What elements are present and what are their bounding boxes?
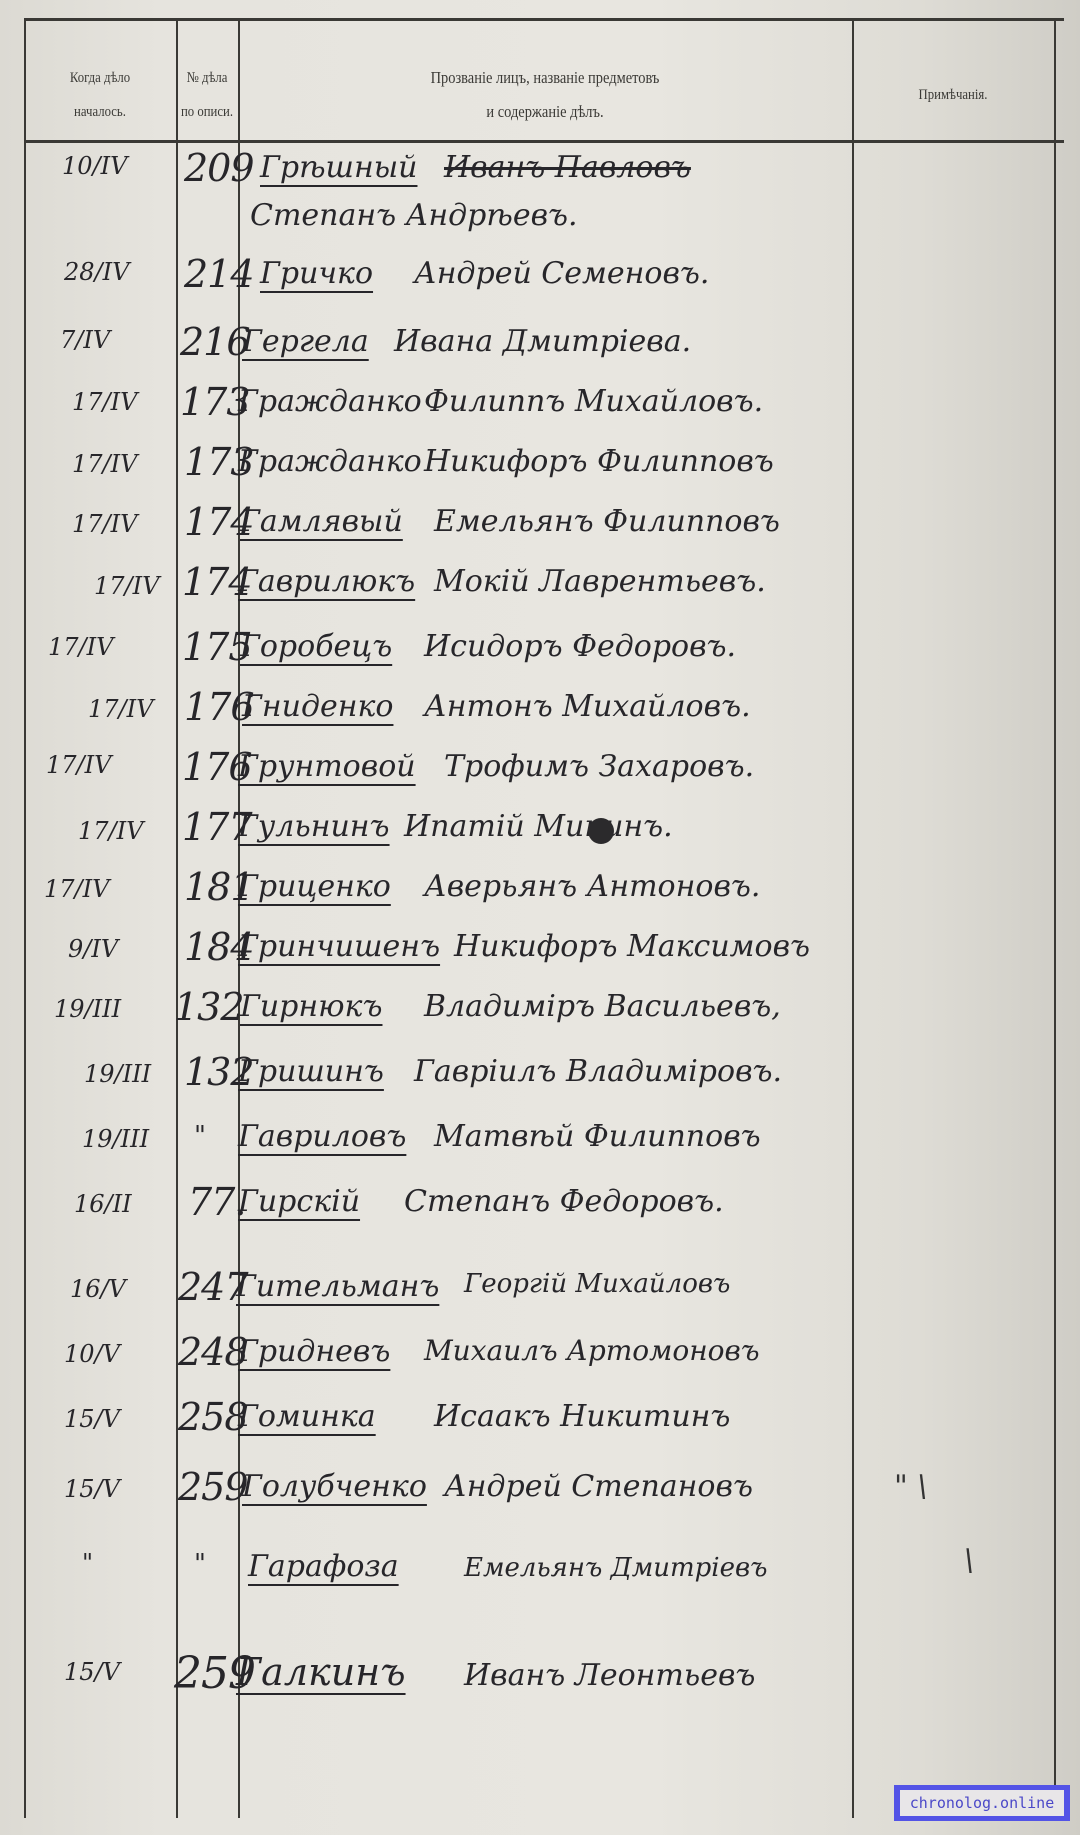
header-notes: Примѣчанія. (867, 40, 1039, 150)
table-row: 17/IV 176 Гниденко Антонъ Михайловъ. (24, 683, 1064, 743)
table-row: 15/V 259 Голубченко Андрей Степановъ " \ (24, 1463, 1064, 1523)
table-row: 19/III 132 Гришинъ Гавріилъ Владиміровъ. (24, 1048, 1064, 1108)
table-row: 7/IV 216 Гергела Ивана Дмитріева. (24, 318, 1064, 378)
table-row: 15/V 259 Галкинъ Иванъ Леонтьевъ (24, 1638, 1064, 1698)
table-row: 19/III 132 Гирнюкъ Владиміръ Васильевъ, (24, 983, 1064, 1043)
table-row: 17/IV 175 Горобецъ Исидоръ Федоровъ. (24, 623, 1064, 683)
table-row: 17/IV 181 Гриценко Аверьянъ Антоновъ. (24, 863, 1064, 923)
header-names: Прозваніе лицъ, названіе предметовъ и со… (284, 40, 806, 150)
watermark-text: chronolog.online (900, 1790, 1065, 1816)
table-row: 17/IV 173 Гражданко Никифоръ Филипповъ (24, 438, 1064, 498)
header-number: № дѣла по описи. (181, 40, 234, 150)
table-row: 17/IV 174 Гаврилюкъ Мокій Лаврентьевъ. (24, 558, 1064, 618)
table-row: 17/IV 174 Гамлявый Емельянъ Филипповъ (24, 498, 1064, 558)
header-date: Когда дѣло началось. (35, 40, 164, 150)
table-row: 10/V 248 Гридневъ Михаилъ Артомоновъ (24, 1328, 1064, 1388)
table-row: 16/V 247 Гительманъ Георгій Михайловъ (24, 1263, 1064, 1323)
rule-top (24, 18, 1064, 21)
ink-blot (588, 818, 614, 844)
table-row: 17/IV 177 Гульнинъ Ипатій Мининъ. (24, 803, 1064, 863)
table-row: 17/IV 173 Гражданко Филиппъ Михайловъ. (24, 378, 1064, 438)
table-row: 10/IV 209 Грѣшный Иванъ Павловъ Степанъ … (24, 140, 1064, 250)
table-row: 28/IV 214 Гричко Андрей Семеновъ. (24, 250, 1064, 310)
ledger-page: Когда дѣло началось. № дѣла по описи. Пр… (0, 0, 1080, 1835)
watermark-badge: chronolog.online (894, 1785, 1070, 1821)
register-table: Когда дѣло началось. № дѣла по описи. Пр… (24, 18, 1064, 1818)
table-row: 15/V 258 Гоминка Исаакъ Никитинъ (24, 1393, 1064, 1453)
table-row: 16/II 77. Гирскій Степанъ Федоровъ. (24, 1178, 1064, 1238)
table-row: 9/IV 184 Гринчишенъ Никифоръ Максимовъ (24, 923, 1064, 983)
table-row: 17/IV 176 Грунтовой Трофимъ Захаровъ. (24, 743, 1064, 803)
table-row: " " Гарафоза Емельянъ Дмитріевъ \ (24, 1543, 1064, 1603)
table-row: 19/III " Гавриловъ Матвѣй Филипповъ (24, 1113, 1064, 1173)
